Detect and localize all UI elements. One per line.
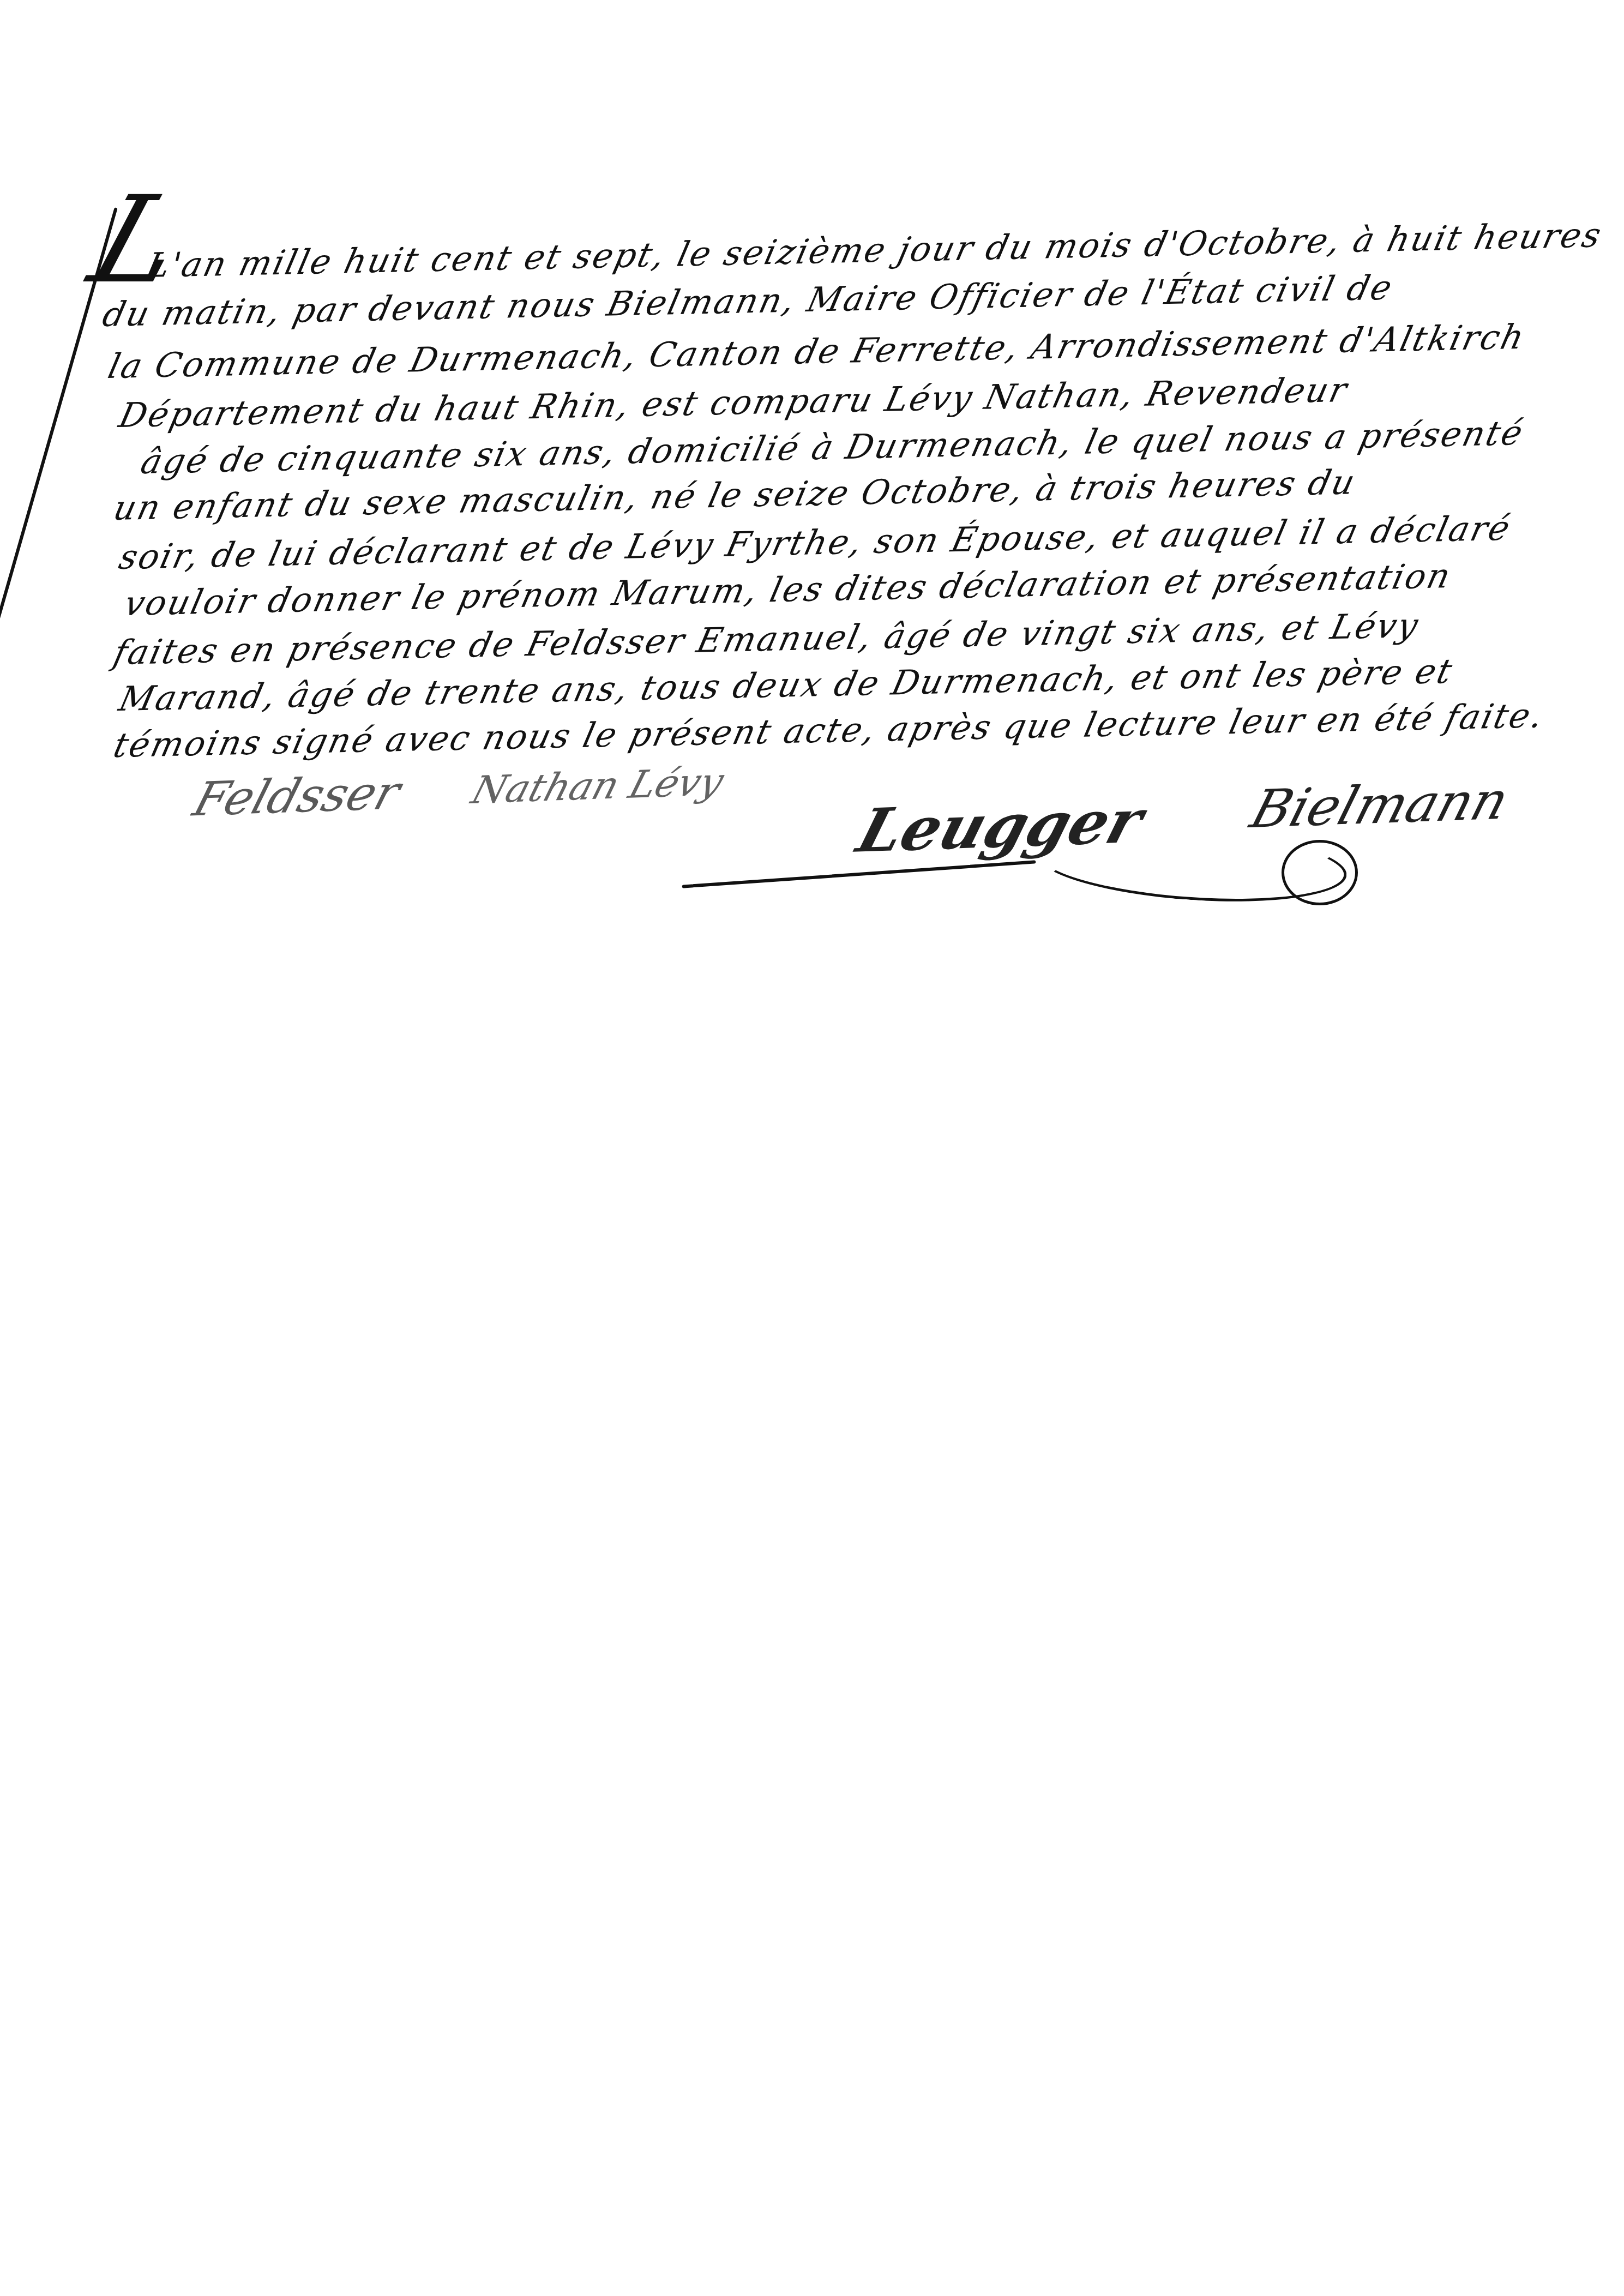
signature-mayor: Bielmann (1244, 770, 1515, 840)
signature-father: Nathan Lévy (467, 759, 729, 813)
signature-block: Feldsser Nathan Lévy Leugger Bielmann (82, 758, 1445, 911)
document-page: L L'an mille huit cent et sept, le seizi… (0, 0, 1624, 2296)
signature-witness-1: Feldsser (188, 766, 407, 827)
signature-paraph-circle (1282, 840, 1358, 905)
